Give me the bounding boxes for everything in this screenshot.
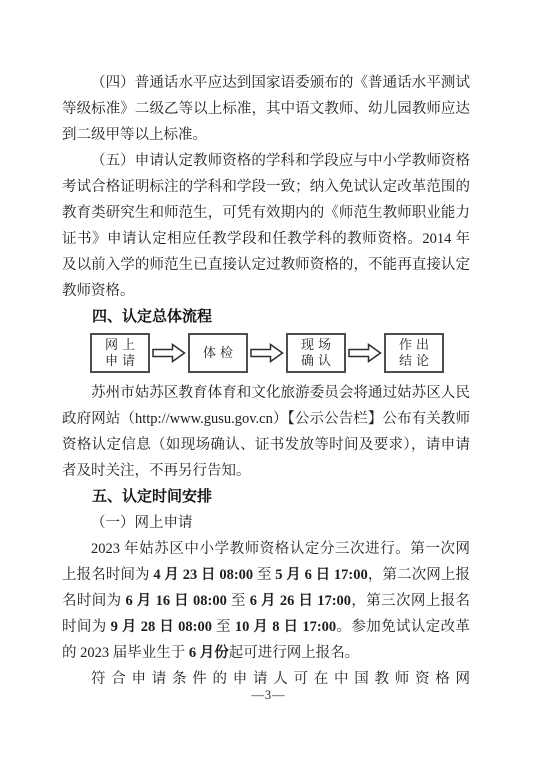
- text-run: 起可进行网上报名。: [229, 645, 360, 661]
- paragraph-subject-stage-requirement: （五）申请认定教师资格的学科和学段应与中小学教师资格考试合格证明标注的学科和学段…: [62, 148, 470, 304]
- flow-step-label: 网上: [105, 337, 139, 353]
- bold-text-run: 9 月 28 日 08:00: [111, 619, 212, 635]
- text-run: （四）普通话水平应达到国家语委颁布的《普通话水平测试等级标准》二级乙等以上标准，…: [62, 75, 470, 143]
- bold-text-run: 4 月 23 日 08:00: [153, 567, 253, 583]
- text-run: 苏州市姑苏区教育体育和文化旅游委员会将通过姑苏区人民政府网站（http://ww…: [62, 385, 470, 479]
- flow-step-3: 现场确认: [286, 333, 346, 373]
- flow-step-label: 申请: [105, 353, 139, 369]
- bold-text-run: 6 月 16 日 08:00: [126, 593, 227, 609]
- bold-text-run: 5 月 6 日 17:00: [275, 567, 368, 583]
- section-heading-time-schedule: 五、认定时间安排: [62, 484, 470, 510]
- bold-text-run: 6 月 26 日 17:00: [250, 593, 351, 609]
- text-run: 符合申请条件的申请人可在中国教师资格网: [91, 671, 470, 687]
- flow-step-label: 体检: [203, 345, 237, 361]
- flow-arrow-icon: [250, 343, 284, 363]
- flow-step-2: 体检: [188, 333, 248, 373]
- text-run: 至: [212, 619, 235, 635]
- paragraph-website-announcement: 苏州市姑苏区教育体育和文化旅游委员会将通过姑苏区人民政府网站（http://ww…: [62, 380, 470, 484]
- flow-step-label: 现场: [301, 337, 335, 353]
- paragraph-schedule-times: 2023 年姑苏区中小学教师资格认定分三次进行。第一次网上报名时间为 4 月 2…: [62, 536, 470, 666]
- bold-text-run: 6 月份: [189, 645, 229, 661]
- flow-step-label: 结论: [399, 353, 433, 369]
- flow-step-4: 作出结论: [384, 333, 444, 373]
- document-page: （四）普通话水平应达到国家语委颁布的《普通话水平测试等级标准》二级乙等以上标准，…: [0, 0, 537, 759]
- flow-step-label: 作出: [399, 337, 433, 353]
- subsection-online-application: （一）网上申请: [62, 510, 470, 536]
- flow-step-1: 网上申请: [90, 333, 150, 373]
- paragraph-putonghua-requirement: （四）普通话水平应达到国家语委颁布的《普通话水平测试等级标准》二级乙等以上标准，…: [62, 70, 470, 148]
- text-run: （一）网上申请: [91, 515, 193, 531]
- page-number: —3—: [0, 688, 537, 703]
- flowchart: 网上申请体检现场确认作出结论: [90, 333, 470, 373]
- text-run: 至: [227, 593, 250, 609]
- section-heading-overall-process: 四、认定总体流程: [62, 304, 470, 330]
- text-run: 至: [253, 567, 275, 583]
- flow-arrow-icon: [348, 343, 382, 363]
- flow-arrow-icon: [152, 343, 186, 363]
- bold-text-run: 10 月 8 日 17:00: [235, 619, 336, 635]
- document-body: （四）普通话水平应达到国家语委颁布的《普通话水平测试等级标准》二级乙等以上标准，…: [62, 70, 470, 692]
- flow-step-label: 确认: [301, 353, 335, 369]
- text-run: （五）申请认定教师资格的学科和学段应与中小学教师资格考试合格证明标注的学科和学段…: [62, 153, 470, 299]
